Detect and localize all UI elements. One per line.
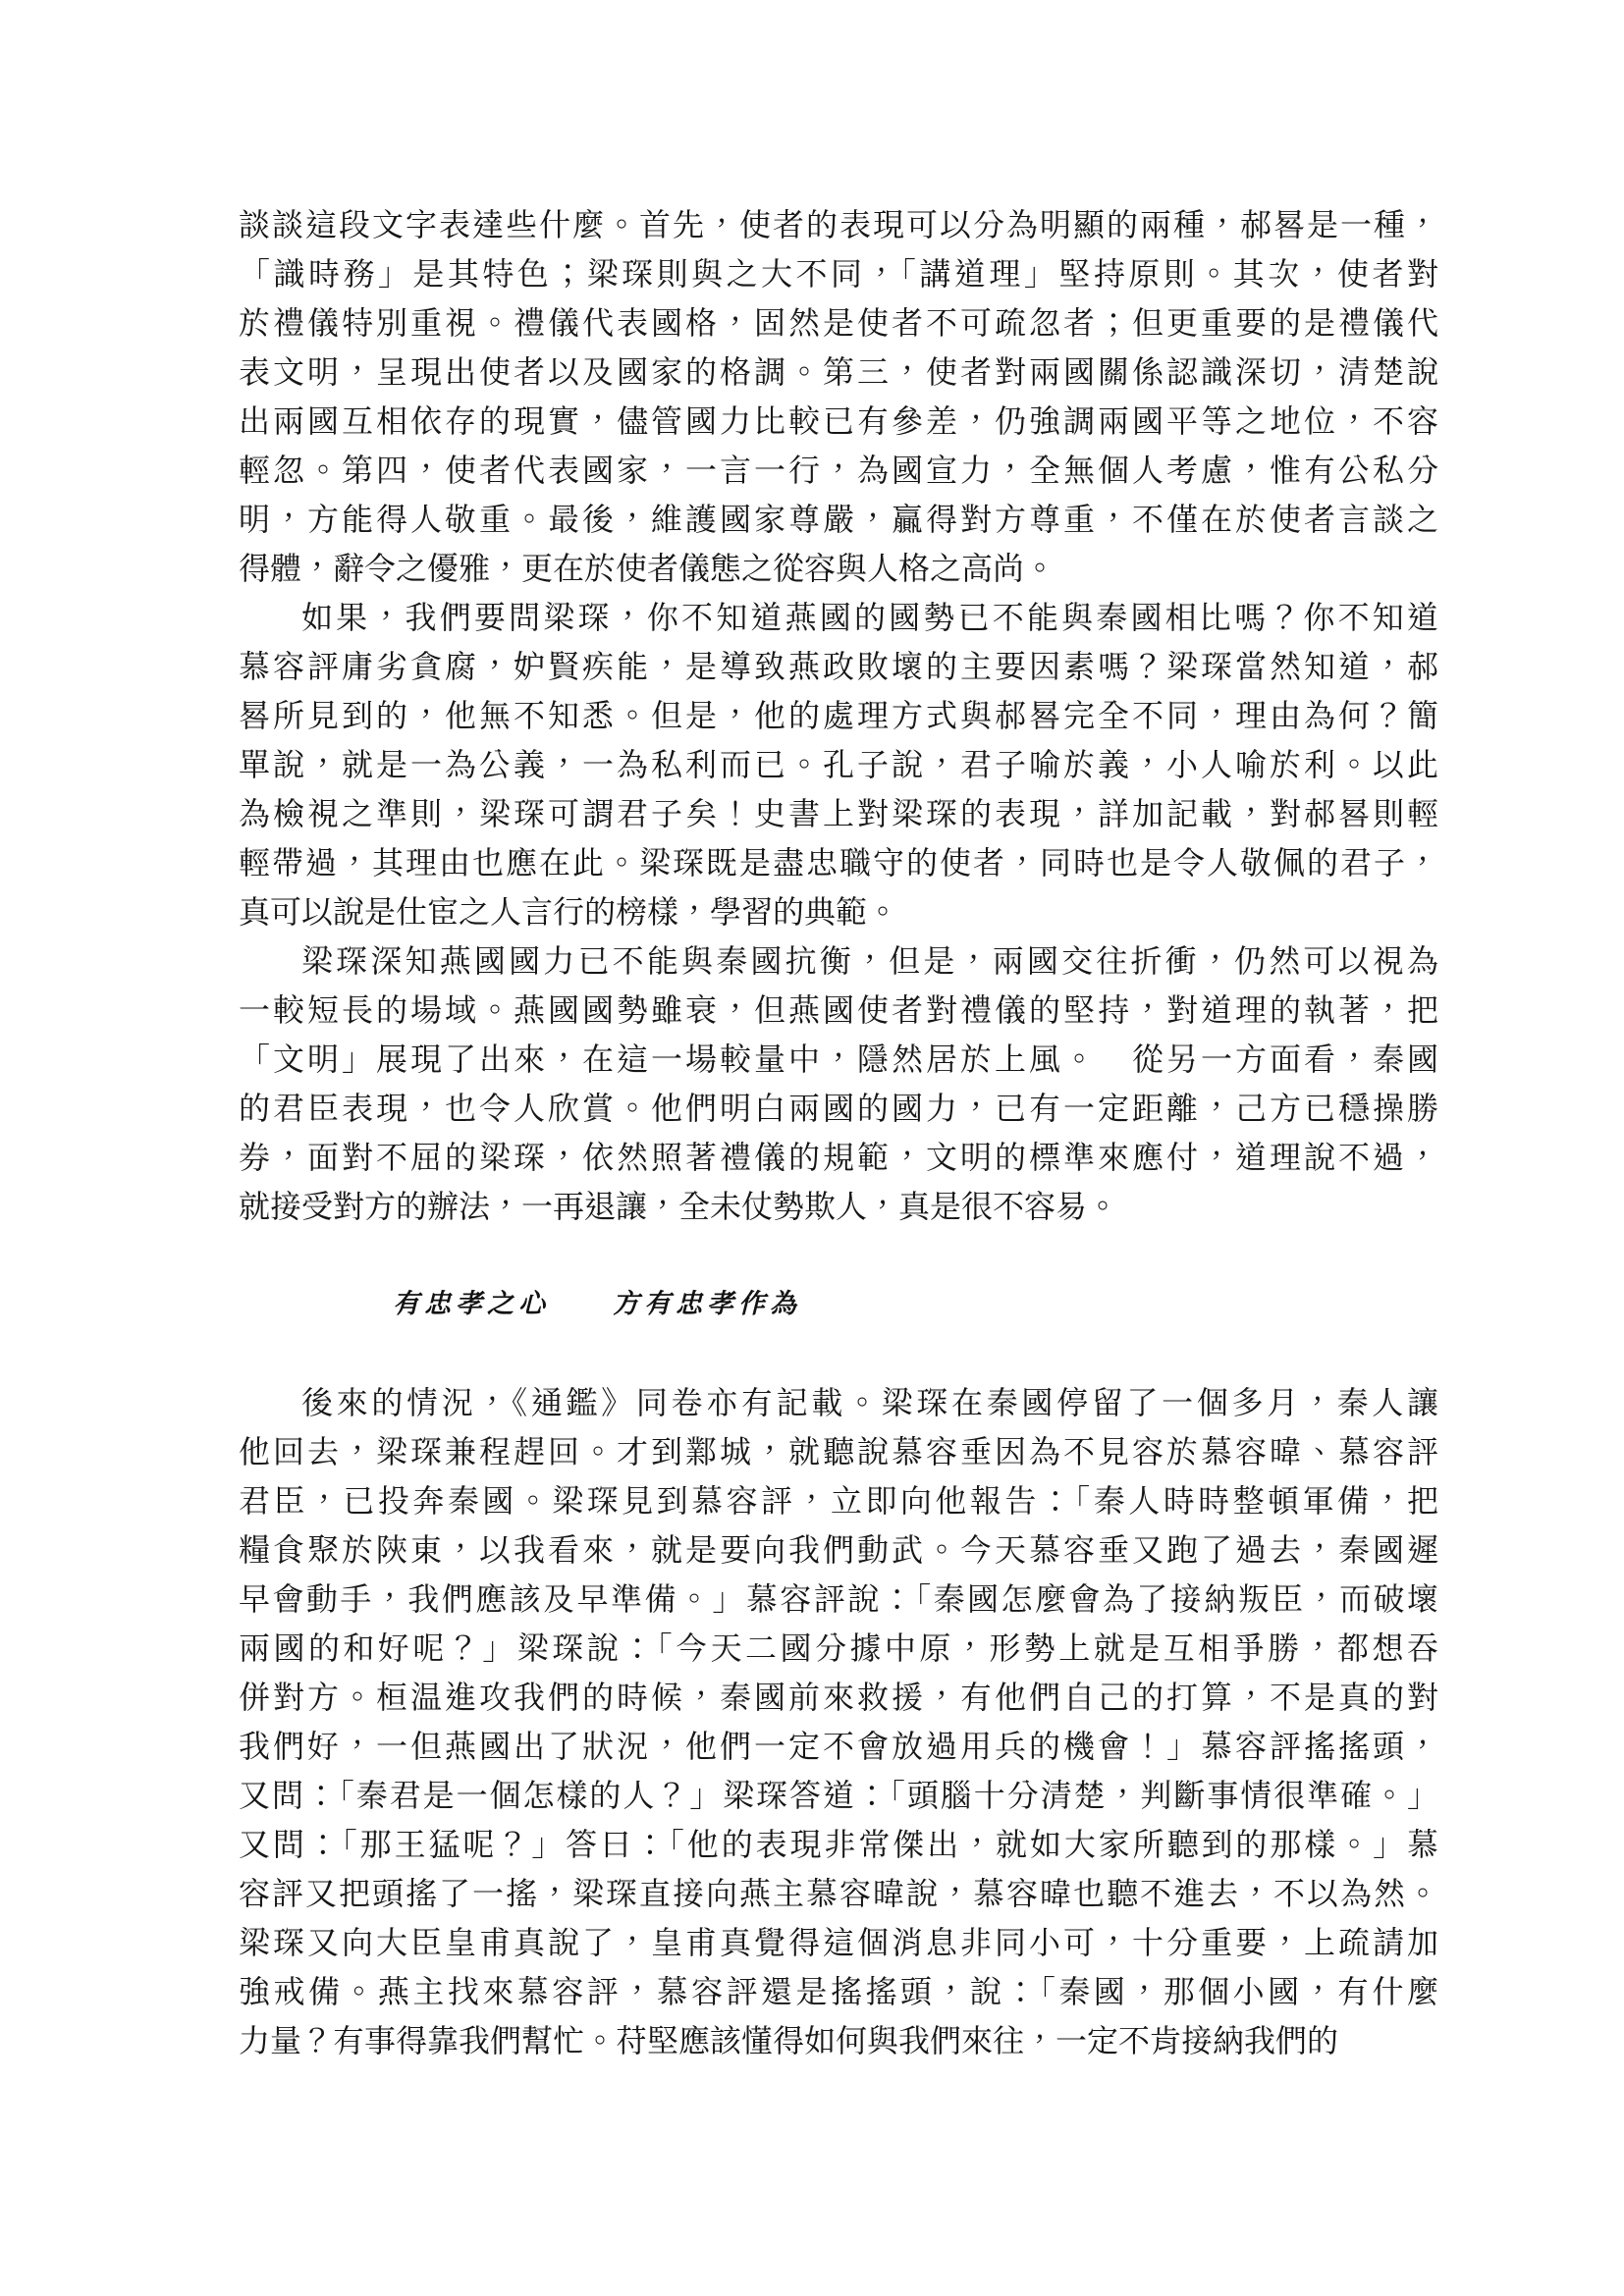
text-line: 強戒備。燕主找來慕容評，慕容評還是搖搖頭，說：「秦國，那個小國，有什麼 <box>239 1967 1438 2016</box>
text-line: 梁琛又向大臣皇甫真說了，皇甫真覺得這個消息非同小可，十分重要，上疏請加 <box>239 1918 1438 1967</box>
text-line: 又問：「那王猛呢？」答曰：「他的表現非常傑出，就如大家所聽到的那樣。」慕 <box>239 1820 1438 1869</box>
paragraph: 如果，我們要問梁琛，你不知道燕國的國勢已不能與秦國相比嗎？你不知道慕容評庸劣貪腐… <box>239 593 1438 936</box>
text-line: 慕容評庸劣貪腐，妒賢疾能，是導致燕政敗壞的主要因素嗎？梁琛當然知道，郝 <box>239 642 1438 691</box>
text-line: 糧食聚於陝東，以我看來，就是要向我們動武。今天慕容垂又跑了過去，秦國遲 <box>239 1525 1438 1575</box>
text-line: 又問：「秦君是一個怎樣的人？」梁琛答道：「頭腦十分清楚，判斷事情很準確。」 <box>239 1771 1438 1820</box>
page-text-block: 談談這段文字表達些什麼。首先，使者的表現可以分為明顯的兩種，郝晷是一種，「識時務… <box>239 200 1438 2065</box>
text-line: 真可以說是仕宦之人言行的榜樣，學習的典範。 <box>239 887 1438 936</box>
text-line: 「文明」展現了出來，在這一場較量中，隱然居於上風。 從另一方面看，秦國 <box>239 1035 1438 1084</box>
text-line: 晷所見到的，他無不知悉。但是，他的處理方式與郝晷完全不同，理由為何？簡 <box>239 691 1438 740</box>
text-line: 併對方。桓温進攻我們的時候，秦國前來救援，有他們自己的打算，不是真的對 <box>239 1673 1438 1722</box>
text-line: 一較短長的場域。燕國國勢雖衰，但燕國使者對禮儀的堅持，對道理的執著，把 <box>239 986 1438 1035</box>
text-line: 明，方能得人敬重。最後，維護國家尊嚴，贏得對方尊重，不僅在於使者言談之 <box>239 495 1438 544</box>
section-heading: 有忠孝之心 方有忠孝作為 <box>393 1280 1438 1329</box>
text-line: 出兩國互相依存的現實，儘管國力比較已有參差，仍強調兩國平等之地位，不容 <box>239 397 1438 446</box>
text-line: 得體，辭令之優雅，更在於使者儀態之從容與人格之高尚。 <box>239 544 1438 593</box>
text-line: 梁琛深知燕國國力已不能與秦國抗衡，但是，兩國交往折衝，仍然可以視為 <box>239 936 1438 986</box>
document-page: 談談這段文字表達些什麼。首先，使者的表現可以分為明顯的兩種，郝晷是一種，「識時務… <box>0 0 1624 2296</box>
text-line: 力量？有事得靠我們幫忙。苻堅應該懂得如何與我們來往，一定不肯接納我們的 <box>239 2016 1438 2065</box>
text-line: 於禮儀特別重視。禮儀代表國格，固然是使者不可疏忽者；但更重要的是禮儀代 <box>239 298 1438 347</box>
text-line: 單說，就是一為公義，一為私利而已。孔子說，君子喻於義，小人喻於利。以此 <box>239 740 1438 789</box>
text-line: 容評又把頭搖了一搖，梁琛直接向燕主慕容暐說，慕容暐也聽不進去，不以為然。 <box>239 1869 1438 1918</box>
paragraph: 後來的情況，《通鑑》同卷亦有記載。梁琛在秦國停留了一個多月，秦人讓他回去，梁琛兼… <box>239 1378 1438 2065</box>
text-line: 為檢視之準則，梁琛可謂君子矣！史書上對梁琛的表現，詳加記載，對郝晷則輕 <box>239 789 1438 838</box>
text-line: 如果，我們要問梁琛，你不知道燕國的國勢已不能與秦國相比嗎？你不知道 <box>239 593 1438 642</box>
paragraph: 談談這段文字表達些什麼。首先，使者的表現可以分為明顯的兩種，郝晷是一種，「識時務… <box>239 200 1438 593</box>
text-line: 早會動手，我們應該及早準備。」慕容評說：「秦國怎麼會為了接納叛臣，而破壞 <box>239 1575 1438 1624</box>
text-line: 君臣，已投奔秦國。梁琛見到慕容評，立即向他報告：「秦人時時整頓軍備，把 <box>239 1476 1438 1525</box>
text-line: 他回去，梁琛兼程趕回。才到鄴城，就聽說慕容垂因為不見容於慕容暐、慕容評 <box>239 1427 1438 1476</box>
text-line: 我們好，一但燕國出了狀況，他們一定不會放過用兵的機會！」慕容評搖搖頭， <box>239 1722 1438 1771</box>
text-line: 就接受對方的辦法，一再退讓，全未仗勢欺人，真是很不容易。 <box>239 1182 1438 1231</box>
paragraph: 梁琛深知燕國國力已不能與秦國抗衡，但是，兩國交往折衝，仍然可以視為一較短長的場域… <box>239 936 1438 1231</box>
text-line: 「識時務」是其特色；梁琛則與之大不同，「講道理」堅持原則。其次，使者對 <box>239 249 1438 298</box>
text-line: 兩國的和好呢？」梁琛說：「今天二國分據中原，形勢上就是互相爭勝，都想吞 <box>239 1624 1438 1673</box>
text-line: 談談這段文字表達些什麼。首先，使者的表現可以分為明顯的兩種，郝晷是一種， <box>239 200 1438 249</box>
text-line: 輕忽。第四，使者代表國家，一言一行，為國宣力，全無個人考慮，惟有公私分 <box>239 446 1438 495</box>
text-line: 券，面對不屈的梁琛，依然照著禮儀的規範，文明的標準來應付，道理說不過， <box>239 1133 1438 1182</box>
text-line: 輕帶過，其理由也應在此。梁琛既是盡忠職守的使者，同時也是令人敬佩的君子， <box>239 838 1438 887</box>
text-line: 表文明，呈現出使者以及國家的格調。第三，使者對兩國關係認識深切，清楚說 <box>239 347 1438 397</box>
text-line: 的君臣表現，也令人欣賞。他們明白兩國的國力，已有一定距離，己方已穩操勝 <box>239 1084 1438 1133</box>
text-line: 後來的情況，《通鑑》同卷亦有記載。梁琛在秦國停留了一個多月，秦人讓 <box>239 1378 1438 1427</box>
